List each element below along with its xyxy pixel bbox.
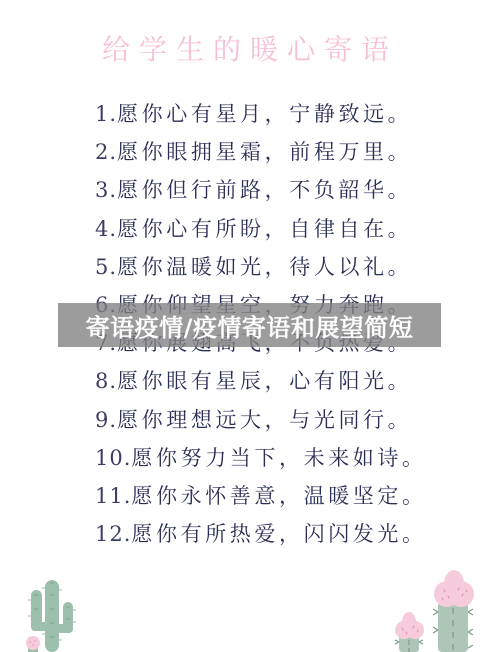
verse-text: 愿你温暖如光，待人以礼。	[117, 255, 412, 279]
verse-text: 愿你心有所盼，自律自在。	[117, 217, 412, 241]
verse-item: 2.愿你眼拥星霜，前程万里。	[95, 133, 427, 171]
caption-text: 寄语疫情/疫情寄语和展望简短	[86, 308, 414, 343]
verse-item: 3.愿你但行前路，不负韶华。	[95, 171, 427, 209]
caption-banner: 寄语疫情/疫情寄语和展望简短	[58, 303, 441, 347]
verse-number: 2.	[95, 140, 117, 164]
verse-text: 愿你永怀善意，温暖坚定。	[131, 484, 426, 508]
verse-item: 5.愿你温暖如光，待人以礼。	[95, 248, 427, 286]
verse-text: 愿你有所热爱，闪闪发光。	[131, 522, 426, 546]
verse-text: 愿你眼有星辰，心有阳光。	[117, 369, 412, 393]
verse-number: 5.	[95, 255, 117, 279]
verse-number: 12.	[95, 522, 131, 546]
verse-number: 11.	[95, 484, 131, 508]
poster: 给学生的暖心寄语 1.愿你心有星月，宁静致远。 2.愿你眼拥星霜，前程万里。 3…	[0, 0, 500, 652]
verse-item: 8.愿你眼有星辰，心有阳光。	[95, 362, 427, 400]
verse-item: 12.愿你有所热爱，闪闪发光。	[95, 515, 427, 553]
verse-number: 8.	[95, 369, 117, 393]
verse-number: 4.	[95, 217, 117, 241]
verse-number: 10.	[95, 446, 131, 470]
flowering-cactus-icon	[388, 568, 488, 652]
verse-number: 3.	[95, 178, 117, 202]
verse-text: 愿你努力当下，未来如诗。	[131, 446, 426, 470]
cactus-icon	[22, 576, 82, 652]
poster-title: 给学生的暖心寄语	[0, 33, 500, 67]
verse-number: 1.	[95, 102, 117, 126]
verse-item: 11.愿你永怀善意，温暖坚定。	[95, 477, 427, 515]
verse-text: 愿你理想远大，与光同行。	[117, 408, 412, 432]
verse-text: 愿你眼拥星霜，前程万里。	[117, 140, 412, 164]
verse-item: 1.愿你心有星月，宁静致远。	[95, 95, 427, 133]
verse-item: 10.愿你努力当下，未来如诗。	[95, 439, 427, 477]
verse-item: 9.愿你理想远大，与光同行。	[95, 401, 427, 439]
verse-text: 愿你但行前路，不负韶华。	[117, 178, 412, 202]
verse-item: 4.愿你心有所盼，自律自在。	[95, 210, 427, 248]
verse-number: 9.	[95, 408, 117, 432]
verse-text: 愿你心有星月，宁静致远。	[117, 102, 412, 126]
